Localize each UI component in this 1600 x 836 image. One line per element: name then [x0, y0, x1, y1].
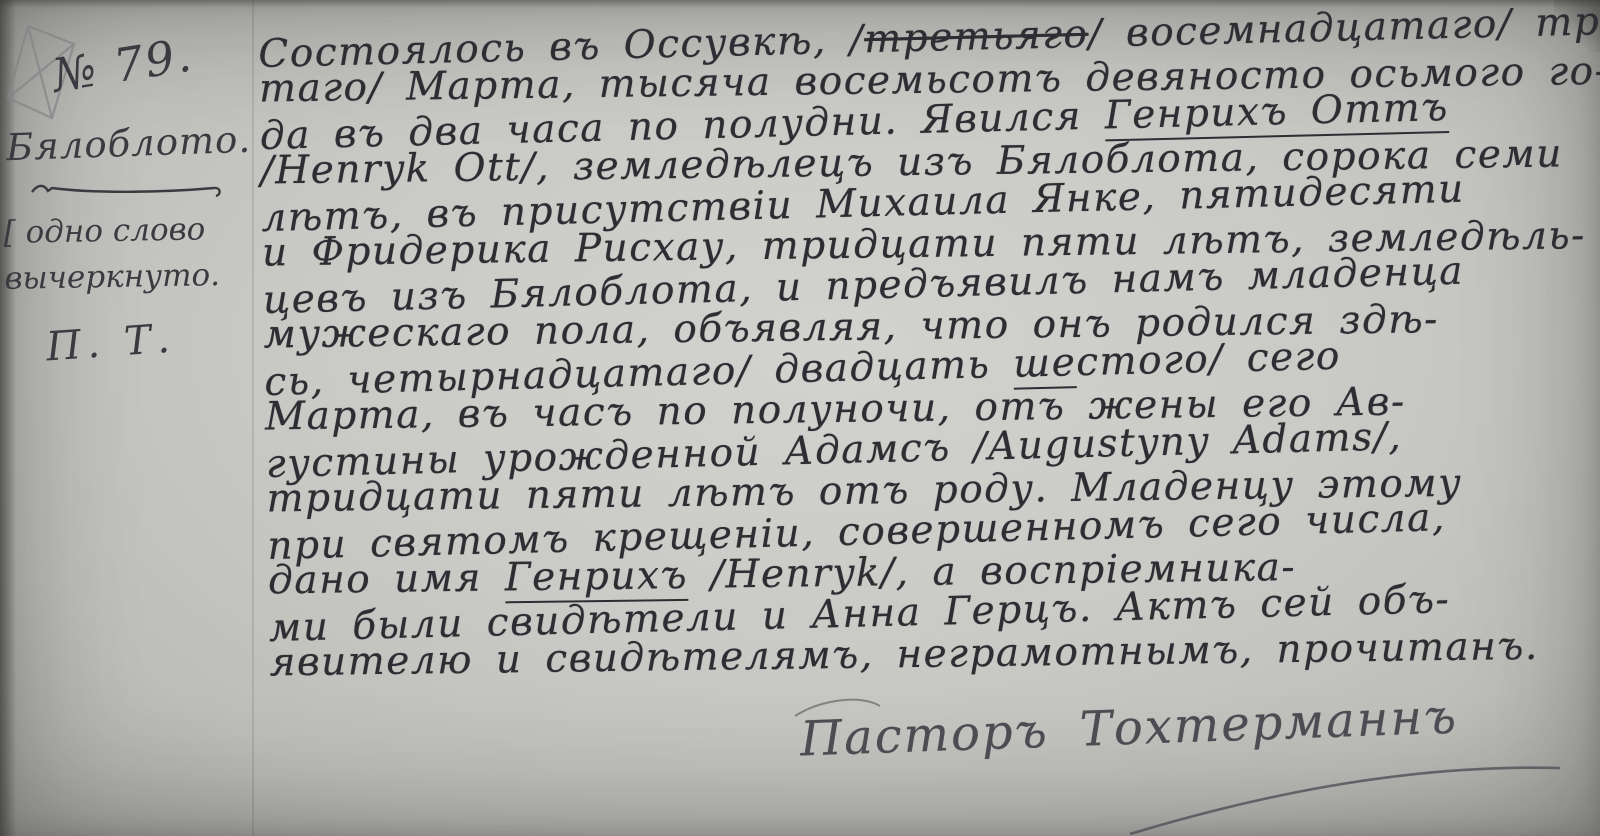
margin-column: № 79. Бялоблото. [ одно слово вычеркнуто… [0, 0, 250, 836]
record-body-text: Состоялось въ Оссувкѣ, /третьяго/ восемн… [258, 6, 1600, 686]
clerk-initials: П. Т. [45, 316, 178, 371]
record-number: № 79. [49, 27, 197, 102]
margin-place-name: Бялоблото. [5, 118, 251, 170]
margin-rule-line [252, 0, 254, 836]
flourish-stroke [28, 178, 228, 202]
margin-note-line1: [ одно слово [3, 206, 219, 256]
pastor-signature: Пасторъ Тохтерманнъ [799, 689, 1459, 768]
margin-correction-note: [ одно слово вычеркнуто. [3, 206, 220, 302]
margin-note-line2: вычеркнуто. [4, 252, 220, 302]
body-lines: Состоялось въ Оссувкѣ, /третьяго/ восемн… [258, 6, 1600, 686]
